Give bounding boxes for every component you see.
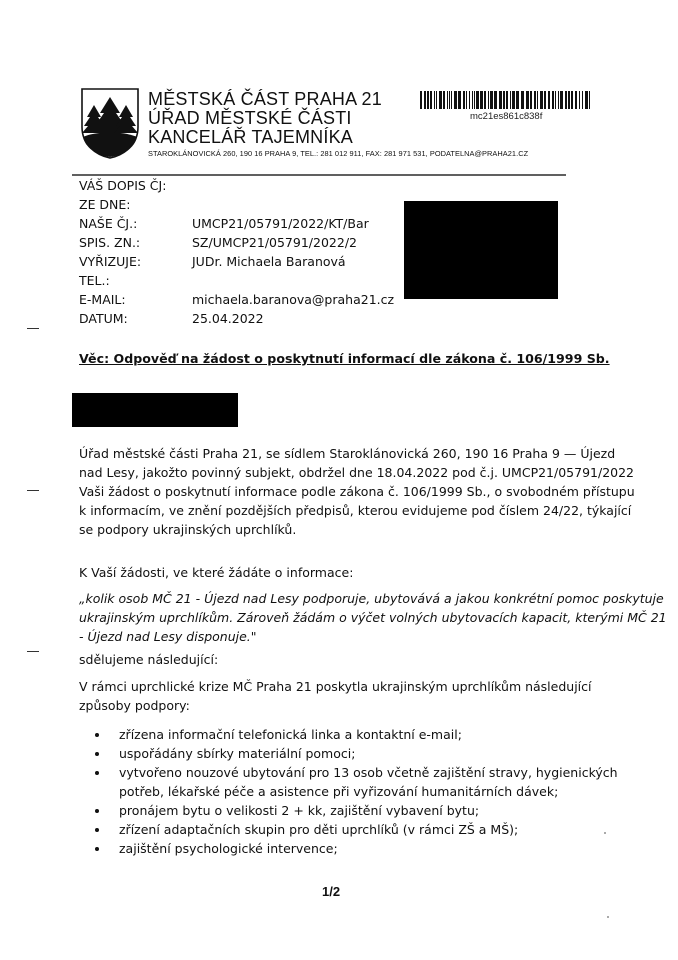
subject-line: Věc: Odpověď na žádost o poskytnutí info… (79, 351, 610, 366)
org-address: STAROKLÁNOVICKÁ 260, 190 16 PRAHA 9, TEL… (148, 149, 528, 158)
bullet-icon (95, 752, 99, 756)
meta-value: UMCP21/05791/2022/KT/Bar (192, 216, 369, 231)
meta-label: TEL.: (79, 273, 110, 288)
text-line: Vaši žádost o poskytnutí informace podle… (79, 482, 609, 501)
reply-intro: sdělujeme následující: (79, 650, 609, 669)
quoted-request: „kolik osob MČ 21 - Újezd nad Lesy podpo… (79, 589, 609, 646)
bullet-icon (95, 809, 99, 813)
text-line: „kolik osob MČ 21 - Újezd nad Lesy podpo… (79, 589, 609, 608)
meta-label: SPIS. ZN.: (79, 235, 140, 250)
list-item-text: pronájem bytu o velikosti 2 + kk, zajišt… (119, 801, 615, 820)
coat-of-arms-icon (80, 87, 140, 159)
list-item: zajištění psychologické intervence; (95, 839, 615, 858)
list-item: uspořádány sbírky materiální pomoci; (95, 744, 615, 763)
list-item: zřízení adaptačních skupin pro děti uprc… (95, 820, 615, 839)
redacted-salutation (72, 393, 238, 427)
meta-label: NAŠE ČJ.: (79, 216, 137, 231)
bullet-icon (95, 733, 99, 737)
intro-paragraph: Úřad městské části Praha 21, se sídlem S… (79, 444, 609, 539)
barcode-id: mc21es861c838f (470, 111, 542, 122)
meta-value: SZ/UMCP21/05791/2022/2 (192, 235, 357, 250)
text-line: k informacím, ve znění pozdějších předpi… (79, 501, 609, 520)
support-intro: V rámci uprchlické krize MČ Praha 21 pos… (79, 677, 609, 715)
meta-label: E-MAIL: (79, 292, 126, 307)
text-line: způsoby podpory: (79, 696, 609, 715)
header-divider (72, 174, 566, 176)
page-number: 1/2 (322, 884, 340, 899)
text-line: nad Lesy, jakožto povinný subjekt, obdrž… (79, 463, 609, 482)
barcode (420, 91, 590, 109)
org-name-line-1: MĚSTSKÁ ČÁST PRAHA 21 (148, 89, 382, 110)
list-item-text: zřízení adaptačních skupin pro děti uprc… (119, 820, 615, 839)
list-item-text: zajištění psychologické intervence; (119, 839, 615, 858)
meta-label: VYŘIZUJE: (79, 254, 141, 269)
text-line: se podpory ukrajinských uprchlíků. (79, 520, 609, 539)
fold-mark (27, 328, 39, 329)
meta-value: 25.04.2022 (192, 311, 264, 326)
fold-mark (27, 490, 39, 491)
scan-speck (607, 916, 609, 918)
meta-label: ZE DNE: (79, 197, 131, 212)
bullet-icon (95, 828, 99, 832)
list-item: zřízena informační telefonická linka a k… (95, 725, 615, 744)
request-intro: K Vaší žádosti, ve které žádáte o inform… (79, 563, 609, 582)
meta-label: DATUM: (79, 311, 128, 326)
org-name-line-2: ÚŘAD MĚSTSKÉ ČÁSTI (148, 108, 352, 129)
list-item-text: zřízena informační telefonická linka a k… (119, 725, 615, 744)
text-line: Úřad městské části Praha 21, se sídlem S… (79, 444, 609, 463)
org-name-line-3: KANCELÁŘ TAJEMNÍKA (148, 127, 353, 148)
list-item-text: uspořádány sbírky materiální pomoci; (119, 744, 615, 763)
list-item-text: potřeb, lékařské péče a asistence při vy… (119, 782, 615, 801)
fold-mark (27, 651, 39, 652)
text-line: V rámci uprchlické krize MČ Praha 21 pos… (79, 677, 609, 696)
bullet-icon (95, 771, 99, 775)
meta-label: VÁŠ DOPIS ČJ: (79, 178, 166, 193)
list-item-text: vytvořeno nouzové ubytování pro 13 osob … (119, 763, 615, 782)
list-item: pronájem bytu o velikosti 2 + kk, zajišt… (95, 801, 615, 820)
redacted-recipient-address (404, 201, 558, 299)
list-item: vytvořeno nouzové ubytování pro 13 osob … (95, 763, 615, 801)
text-line: ukrajinským uprchlíkům. Zároveň žádám o … (79, 608, 609, 627)
bullet-icon (95, 847, 99, 851)
support-list: zřízena informační telefonická linka a k… (95, 725, 615, 858)
meta-value: michaela.baranova@praha21.cz (192, 292, 394, 307)
scan-speck (604, 832, 606, 834)
meta-value: JUDr. Michaela Baranová (192, 254, 346, 269)
text-line: - Újezd nad Lesy disponuje." (79, 627, 609, 646)
